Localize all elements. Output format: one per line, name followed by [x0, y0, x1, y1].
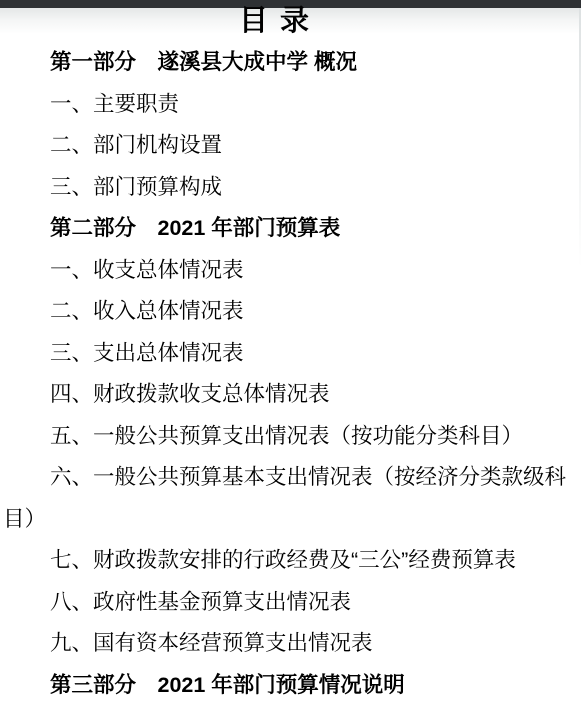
toc-item: 三、支出总体情况表	[0, 333, 581, 375]
toc-section-heading: 第二部分 2021 年部门预算表	[0, 208, 581, 250]
toc-item: 一、收支总体情况表	[0, 250, 581, 292]
toc-section-heading: 第三部分 2021 年部门预算情况说明	[0, 665, 581, 707]
toc-item: 八、政府性基金预算支出情况表	[0, 582, 581, 624]
toc-item: 二、收入总体情况表	[0, 291, 581, 333]
toc-item: 九、国有资本经营预算支出情况表	[0, 623, 581, 665]
toc-item: 二、部门机构设置	[0, 125, 581, 167]
toc-item: 四、财政拨款收支总体情况表	[0, 374, 581, 416]
toc-list: 第一部分 遂溪县大成中学 概况一、主要职责二、部门机构设置三、部门预算构成第二部…	[0, 42, 581, 706]
toc-item: 一、主要职责	[0, 84, 581, 126]
document-title: 目 录	[0, 3, 550, 39]
toc-item: 六、一般公共预算基本支出情况表（按经济分类款级科目）	[0, 457, 581, 540]
document-page: 目 录 第一部分 遂溪县大成中学 概况一、主要职责二、部门机构设置三、部门预算构…	[0, 0, 581, 709]
toc-section-heading: 第一部分 遂溪县大成中学 概况	[0, 42, 581, 84]
toc-item: 七、财政拨款安排的行政经费及“三公”经费预算表	[0, 540, 581, 582]
toc-item: 三、部门预算构成	[0, 167, 581, 209]
toc-item: 五、一般公共预算支出情况表（按功能分类科目）	[0, 416, 581, 458]
